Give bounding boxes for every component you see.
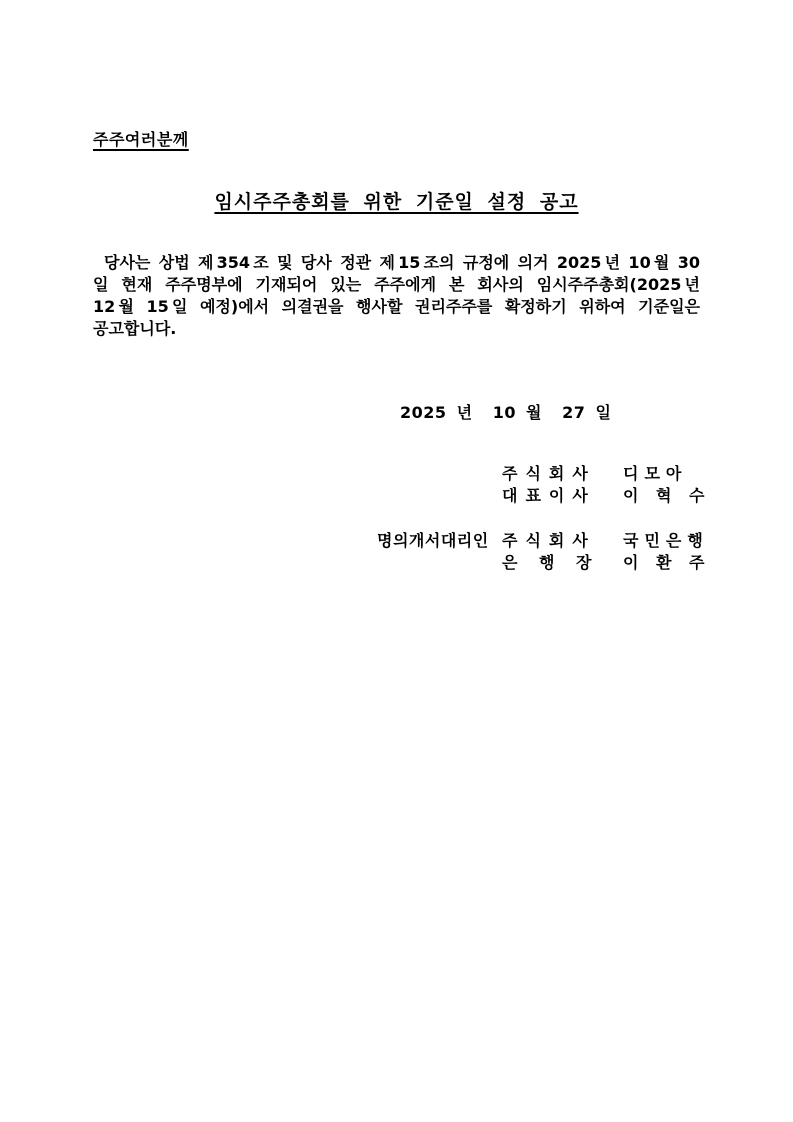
company-label: 주식회사 — [502, 463, 602, 485]
ceo-name: 이 혁 수 — [623, 485, 711, 507]
spacer — [377, 552, 502, 574]
body-line: 공고합니다. — [93, 318, 700, 340]
body-line: 일 현재 주주명부에 기재되어 있는 주주에게 본 회사의 임시주주총회(202… — [93, 274, 700, 296]
transfer-agent-prefix: 명의개서대리인 — [377, 530, 502, 552]
signature-transfer-agent-line: 명의개서대리인 주식회사 국민은행 — [377, 530, 711, 552]
spacer — [377, 485, 502, 507]
transfer-agent-name: 국민은행 — [623, 530, 709, 552]
signature-company-line: 주식회사 디모아 — [377, 463, 711, 485]
body-line: 당사는 상법 제 354 조 및 당사 정관 제 15 조의 규정에 의거 20… — [93, 252, 700, 274]
company-name: 디모아 — [623, 463, 687, 485]
signature-bank-president-line: 은 행 장 이 환 주 — [377, 552, 711, 574]
notice-title: 임시주주총회를 위한 기준일 설정 공고 — [214, 191, 578, 213]
ceo-label: 대표이사 — [502, 485, 602, 507]
bank-president-label: 은 행 장 — [502, 552, 602, 574]
notice-page: 주주여러분께 임시주주총회를 위한 기준일 설정 공고 당사는 상법 제 354… — [0, 0, 793, 1122]
transfer-agent-label: 주식회사 — [502, 530, 602, 552]
notice-date: 2025 년 10 월 27 일 — [400, 400, 611, 423]
signature-ceo-line: 대표이사 이 혁 수 — [377, 485, 711, 507]
signature-block: 주식회사 디모아 대표이사 이 혁 수 명의개서대리인 주식회사 국민은행 은 … — [377, 463, 711, 574]
bank-president-name: 이 환 주 — [623, 552, 711, 574]
title-row: 임시주주총회를 위한 기준일 설정 공고 — [0, 187, 793, 214]
body-line: 12 월 15 일 예정)에서 의결권을 행사할 권리주주를 확정하기 위하여 … — [93, 296, 700, 318]
salutation: 주주여러분께 — [93, 127, 189, 150]
spacer — [377, 463, 502, 485]
body-paragraph: 당사는 상법 제 354 조 및 당사 정관 제 15 조의 규정에 의거 20… — [93, 252, 700, 340]
